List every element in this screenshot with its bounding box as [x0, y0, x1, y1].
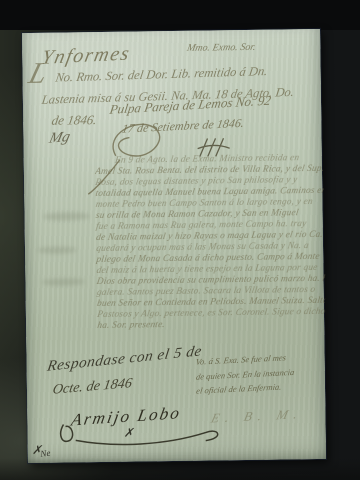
margin-mark: Mg [47, 129, 71, 148]
bleed-through-smudge [37, 246, 77, 254]
closing-initials: E. B. M. [209, 406, 305, 427]
response-note-line-1: Respondase con el 5 de [46, 343, 203, 375]
manuscript-page: Ynformes Mmo. Exmo. Sor. L No. Rmo. Sor.… [22, 29, 326, 463]
check-mark: ✗ [124, 426, 134, 441]
body-line: ha. Sor. presente. [97, 320, 166, 331]
bottom-shadow [0, 458, 360, 480]
bleed-through-smudge [41, 278, 85, 286]
forwarding-note-line-1: Vo. á S. Exa. Se fue al mes [195, 350, 329, 366]
bleed-through-smudge [43, 212, 91, 221]
reference-initial-capital: L [25, 57, 51, 91]
body-line: Pastosos y Algo. pertenece, es Sor. Coro… [96, 307, 325, 320]
signature-flourish [55, 414, 225, 450]
docket-word: Ynformes [40, 43, 133, 70]
forwarding-note-line-3: el oficial de la Enfermia. [196, 379, 330, 395]
response-note-line-2: Octe. de 1846 [51, 376, 133, 399]
scanner-top-band [0, 0, 360, 30]
salutation-line: Mmo. Exmo. Sor. [186, 42, 257, 54]
